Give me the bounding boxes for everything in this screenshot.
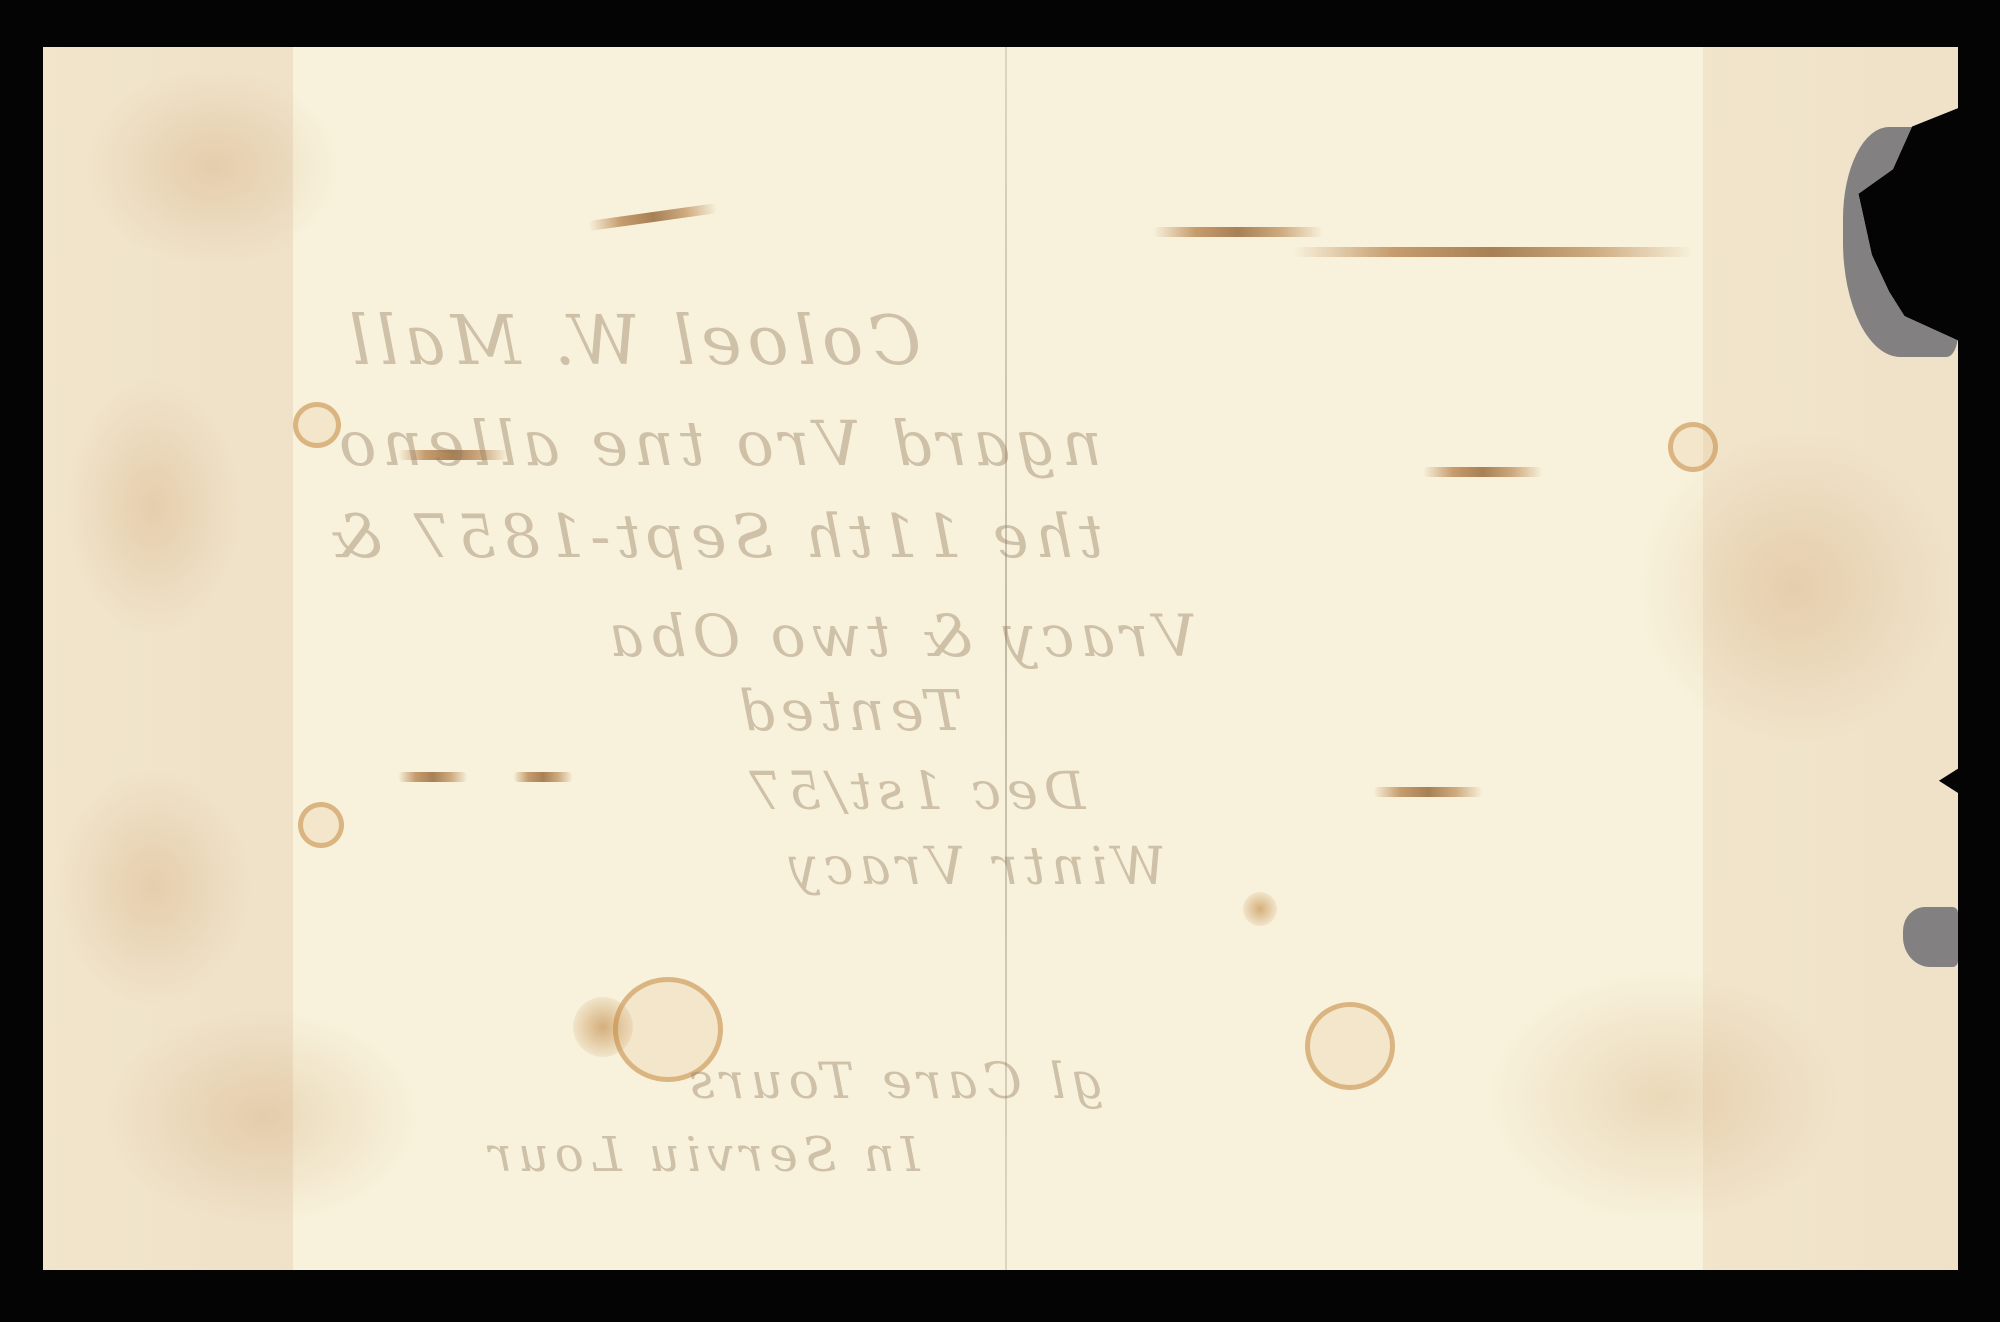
rust-streak: [588, 203, 718, 231]
rust-streak: [1423, 467, 1543, 477]
water-ring-stain: [298, 802, 344, 848]
bleed-through-line: Dec 1st/57: [743, 762, 1085, 822]
foxing-stain: [83, 67, 343, 267]
bleed-through-line: In Serviu Lour: [483, 1127, 920, 1183]
foxing-stain: [63, 377, 243, 637]
bleed-through-line: Vracy & two Oba: [603, 602, 1197, 670]
document-page: Coloel W. Mall ngard Vro tne alleno the …: [43, 47, 1958, 1270]
water-ring-stain: [1305, 1002, 1395, 1090]
torn-edge-right-lower: [1903, 907, 1958, 967]
foxing-stain: [1633, 427, 1953, 747]
water-ring-stain: [1668, 422, 1718, 472]
ink-blot: [1243, 892, 1277, 926]
bleed-through-line: Coloel W. Mall: [343, 302, 921, 381]
rust-streak: [398, 772, 468, 782]
bleed-through-line: Tented: [733, 679, 963, 744]
rust-streak: [1373, 787, 1483, 797]
bleed-through-line: gl Care Tours: [683, 1052, 1104, 1110]
bleed-through-line: the 11th Sept-1857 &: [323, 502, 1103, 572]
bleed-through-line: Wintr Vracy: [783, 837, 1166, 897]
rust-streak: [1153, 227, 1323, 237]
bleed-through-line: ngard Vro tne alleno: [333, 407, 1102, 480]
rust-blot: [573, 997, 633, 1057]
rust-streak: [1293, 247, 1693, 257]
rust-streak: [513, 772, 573, 782]
foxing-stain: [1483, 967, 1843, 1227]
foxing-stain: [53, 767, 253, 1007]
foxing-stain: [103, 1007, 423, 1227]
